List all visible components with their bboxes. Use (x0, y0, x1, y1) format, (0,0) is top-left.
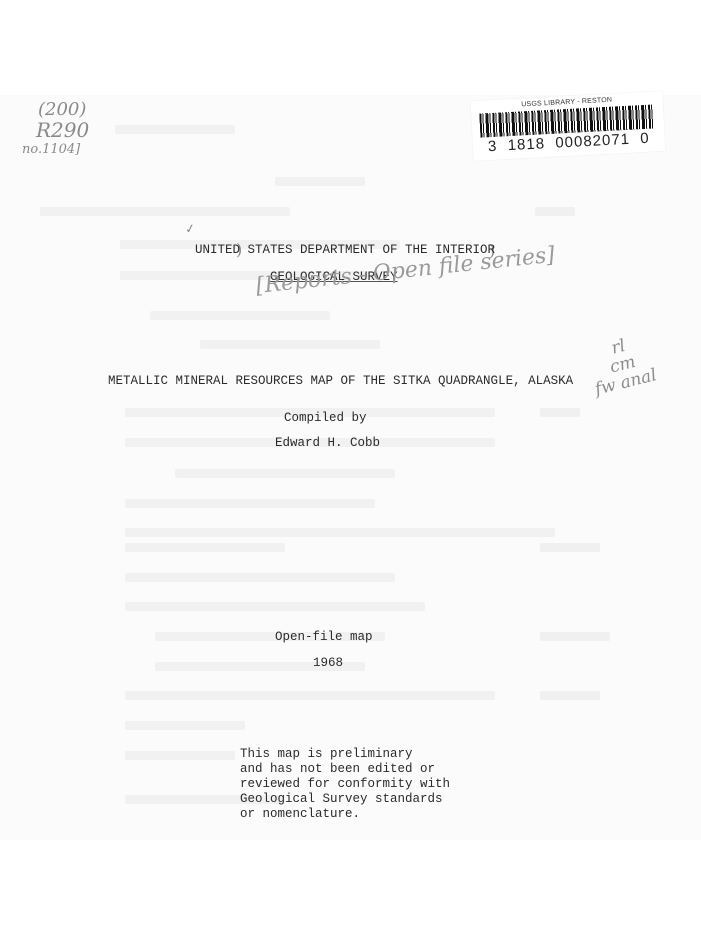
disclaimer-line: and has not been edited or (240, 762, 450, 777)
handwritten-catalog-notes: (200) R290 no.1104] (22, 100, 89, 160)
disclaimer-block: This map is preliminary and has not been… (240, 747, 450, 822)
disclaimer-line: or nomenclature. (240, 807, 450, 822)
document-title: METALLIC MINERAL RESOURCES MAP OF THE SI… (108, 374, 573, 388)
disclaimer-line: Geological Survey standards (240, 792, 450, 807)
handwritten-note: no.1104] (22, 140, 89, 160)
publication-year: 1968 (313, 656, 343, 670)
handwritten-note: R290 (36, 120, 89, 140)
compiled-by-label: Compiled by (284, 411, 367, 425)
disclaimer-line: reviewed for conformity with (240, 777, 450, 792)
handwritten-note: (200) (38, 100, 89, 120)
author-name: Edward H. Cobb (275, 436, 380, 450)
document-page (0, 95, 701, 840)
library-barcode-label: USGS LIBRARY - RESTON 3 1818 00082071 0 (471, 91, 666, 161)
report-type: Open-file map (275, 630, 373, 644)
disclaimer-line: This map is preliminary (240, 747, 450, 762)
